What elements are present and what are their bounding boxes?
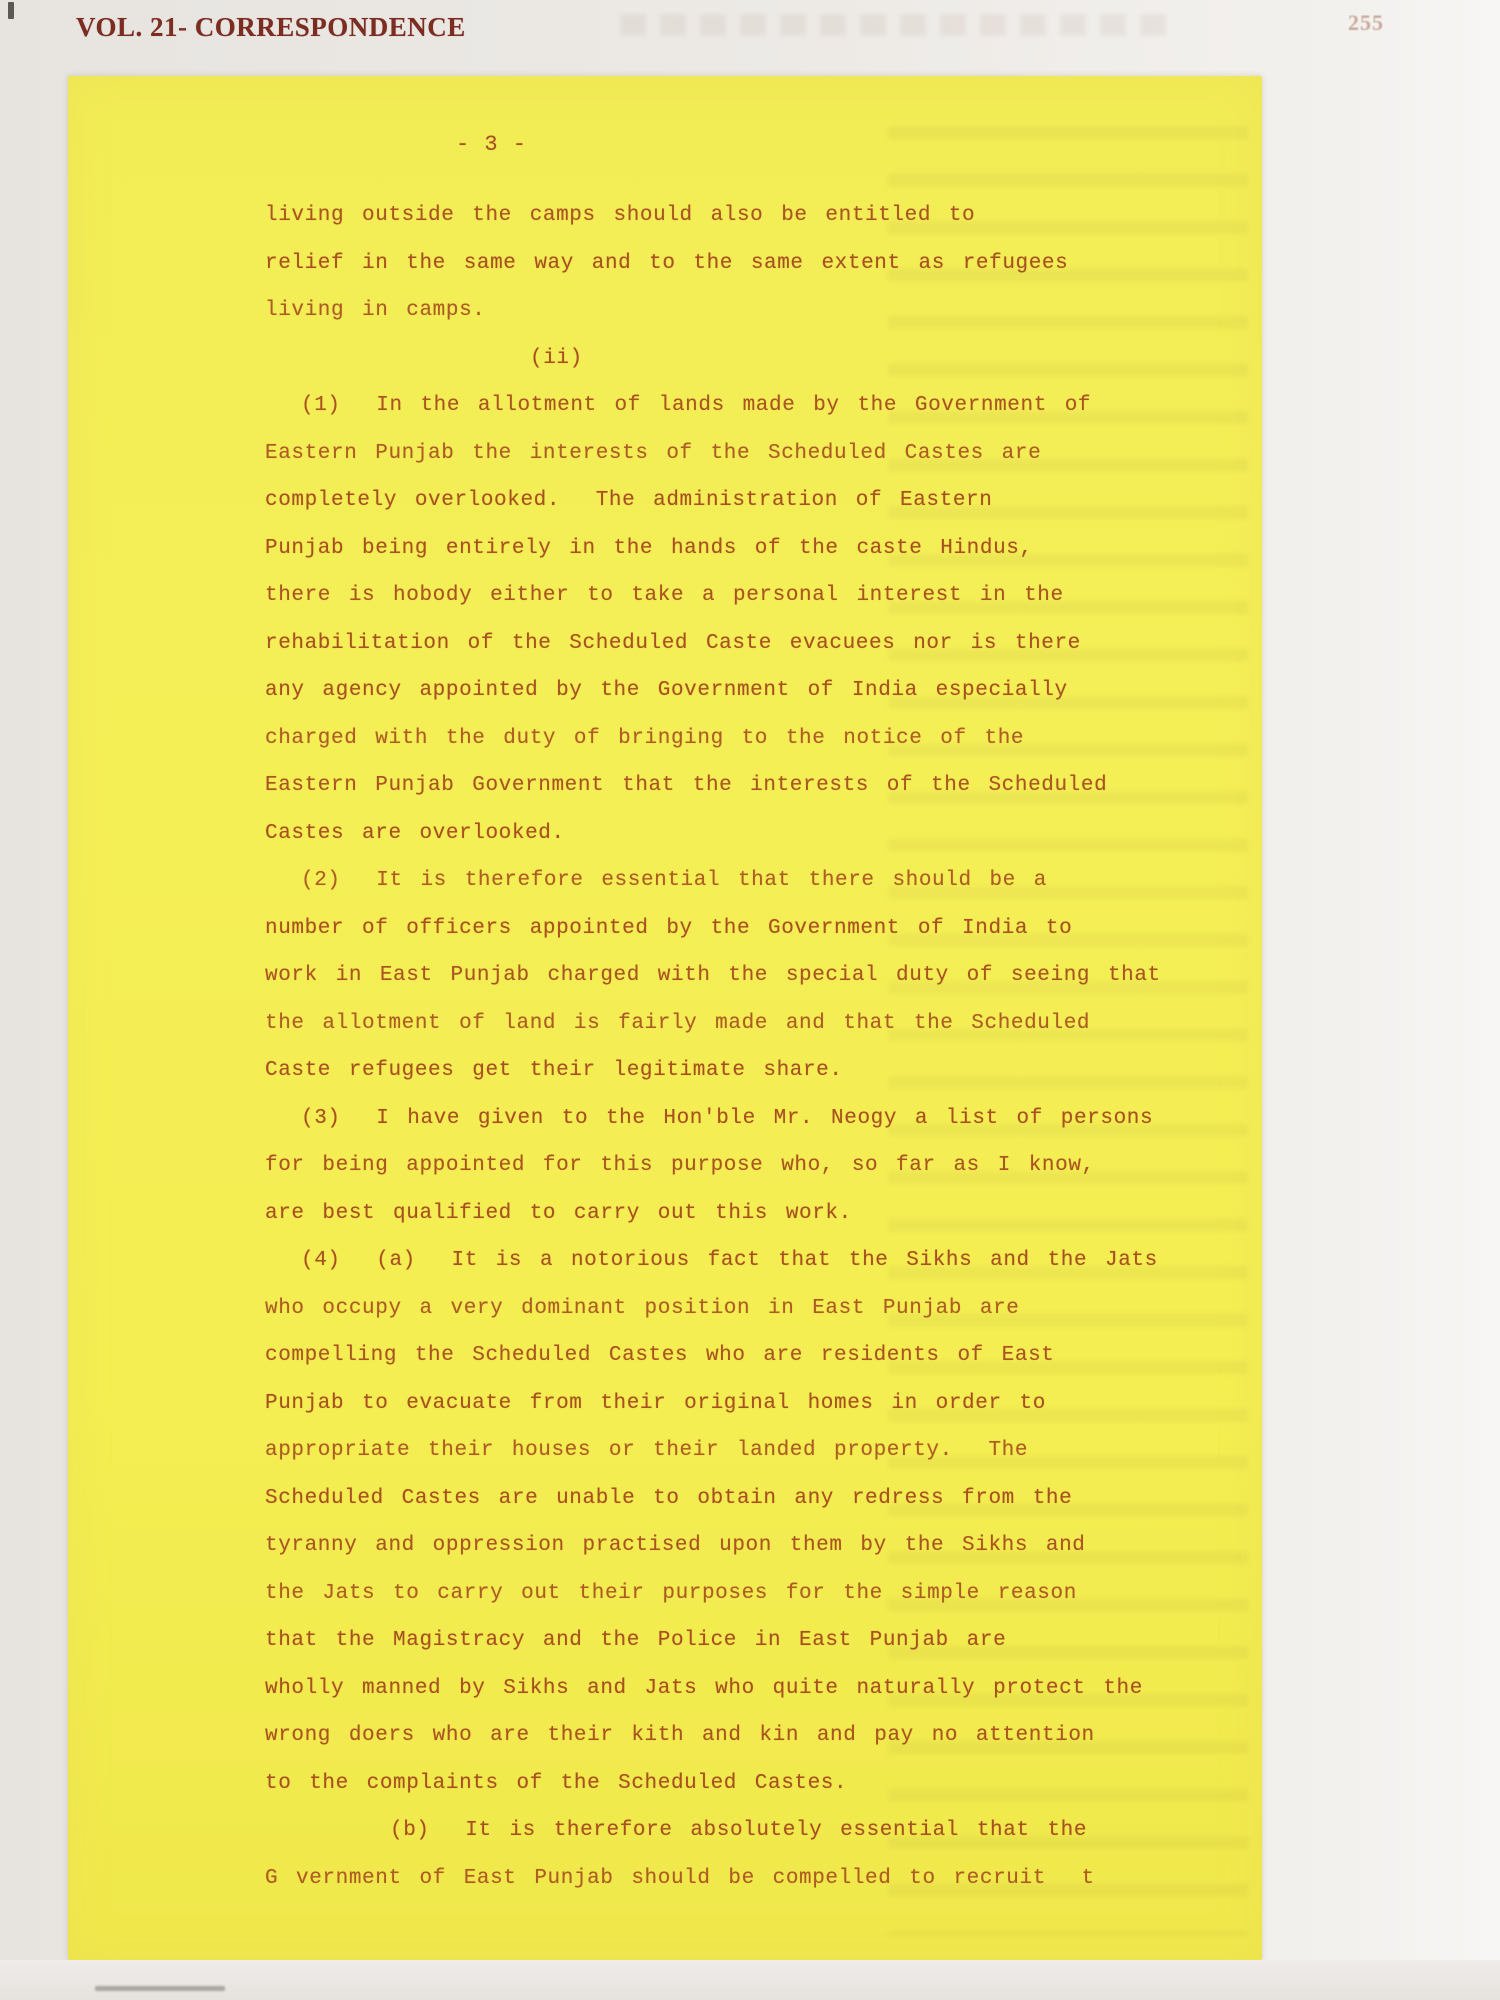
- bleed-through-header: [620, 14, 1180, 36]
- typewritten-line: that the Magistracy and the Police in Ea…: [68, 1617, 1262, 1665]
- typewritten-line: (3) I have given to the Hon'ble Mr. Neog…: [68, 1095, 1262, 1143]
- typewritten-line: wholly manned by Sikhs and Jats who quit…: [68, 1665, 1262, 1713]
- scan-bottom-margin: [0, 1960, 1500, 2000]
- letter-page: - 3 - living outside the camps should al…: [68, 76, 1262, 1960]
- typewritten-line: tyranny and oppression practised upon th…: [68, 1522, 1262, 1570]
- typewritten-line: Eastern Punjab the interests of the Sche…: [68, 430, 1262, 478]
- typewritten-lines: living outside the camps should also be …: [68, 192, 1262, 1902]
- typewritten-line: for being appointed for this purpose who…: [68, 1142, 1262, 1190]
- typewritten-line: living in camps.: [68, 287, 1262, 335]
- typewritten-line: (2) It is therefore essential that there…: [68, 857, 1262, 905]
- scan-artifact-corner: [8, 2, 14, 19]
- typewritten-line: Scheduled Castes are unable to obtain an…: [68, 1475, 1262, 1523]
- scan-artifact-bottom: [95, 1986, 225, 1991]
- typewritten-line: completely overlooked. The administratio…: [68, 477, 1262, 525]
- typewritten-line: rehabilitation of the Scheduled Caste ev…: [68, 620, 1262, 668]
- typewritten-line: charged with the duty of bringing to the…: [68, 715, 1262, 763]
- typewritten-line: to the complaints of the Scheduled Caste…: [68, 1760, 1262, 1808]
- typewritten-line: compelling the Scheduled Castes who are …: [68, 1332, 1262, 1380]
- typewritten-line: (4) (a) It is a notorious fact that the …: [68, 1237, 1262, 1285]
- typewritten-line: the Jats to carry out their purposes for…: [68, 1570, 1262, 1618]
- typewritten-line: wrong doers who are their kith and kin a…: [68, 1712, 1262, 1760]
- typewritten-line: (ii): [68, 335, 1262, 383]
- typewritten-line: Punjab to evacuate from their original h…: [68, 1380, 1262, 1428]
- typewritten-line: (b) It is therefore absolutely essential…: [68, 1807, 1262, 1855]
- typewritten-line: relief in the same way and to the same e…: [68, 240, 1262, 288]
- typewritten-line: are best qualified to carry out this wor…: [68, 1190, 1262, 1238]
- volume-title: VOL. 21- CORRESPONDENCE: [76, 12, 466, 43]
- typewritten-line: number of officers appointed by the Gove…: [68, 905, 1262, 953]
- typewritten-line: G vernment of East Punjab should be comp…: [68, 1855, 1262, 1903]
- typewritten-line: the allotment of land is fairly made and…: [68, 1000, 1262, 1048]
- typewritten-line: there is hobody either to take a persona…: [68, 572, 1262, 620]
- typewritten-line: work in East Punjab charged with the spe…: [68, 952, 1262, 1000]
- typewritten-line: who occupy a very dominant position in E…: [68, 1285, 1262, 1333]
- page-label: - 3 -: [456, 132, 527, 157]
- typewritten-line: (1) In the allotment of lands made by th…: [68, 382, 1262, 430]
- typewritten-line: Punjab being entirely in the hands of th…: [68, 525, 1262, 573]
- typewritten-line: Castes are overlooked.: [68, 810, 1262, 858]
- scanned-document: VOL. 21- CORRESPONDENCE 255 - 3 - living…: [0, 0, 1500, 2000]
- page-number: 255: [1348, 10, 1384, 36]
- typewritten-line: Eastern Punjab Government that the inter…: [68, 762, 1262, 810]
- typewritten-line: Caste refugees get their legitimate shar…: [68, 1047, 1262, 1095]
- typewritten-line: any agency appointed by the Government o…: [68, 667, 1262, 715]
- book-header: VOL. 21- CORRESPONDENCE 255: [0, 0, 1500, 76]
- typewritten-line: living outside the camps should also be …: [68, 192, 1262, 240]
- typewritten-line: appropriate their houses or their landed…: [68, 1427, 1262, 1475]
